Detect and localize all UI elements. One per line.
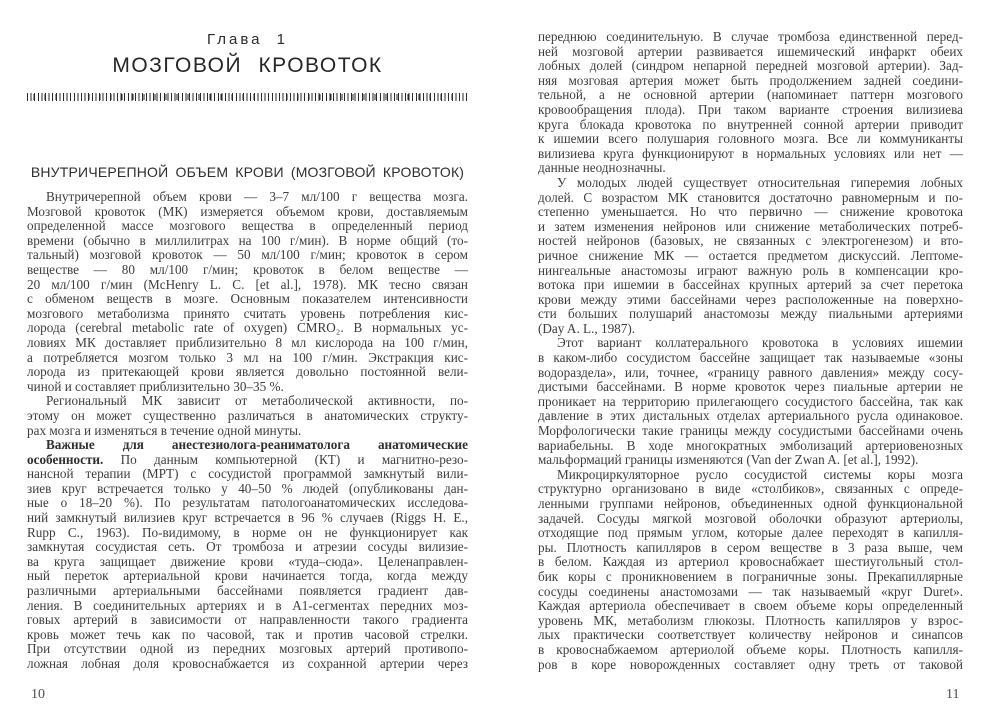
chapter-label: Глава 1	[27, 30, 468, 49]
chapter-rule	[27, 93, 468, 101]
section-heading: ВНУТРИЧЕРЕПНОЙ ОБЪЕМ КРОВИ (МОЗГОВОЙ КРО…	[27, 163, 468, 181]
text-line: рах мозга и изменяться в течение одной м…	[27, 424, 468, 439]
paragraph: Микроциркуляторное русло сосудистой сист…	[538, 468, 963, 672]
text-line: долей. С возрастом МК становится достато…	[538, 191, 963, 206]
paragraph: Внутричерепной объем крови — 3–7 мл/100 …	[27, 190, 468, 394]
text-line: определенной массе мозгового вещества в …	[27, 219, 468, 234]
text-line: Каждая артериола обеспечивает в своем об…	[538, 599, 963, 614]
text-line: ловиях МК доставляет приблизительно 8 мл…	[27, 336, 468, 351]
text-line: особенности. По данным компьютерной (КТ)…	[27, 453, 468, 468]
text-line: сти больших полушарий анастомозы между п…	[538, 307, 963, 322]
text-line: бик коры с проникновением в пограничные …	[538, 570, 963, 585]
text-line: замкнутая сосудистая сеть. От тромбоза и…	[27, 540, 468, 555]
page-number-left: 10	[31, 687, 45, 703]
paragraph: Этот вариант коллатерального кровотока в…	[538, 336, 963, 467]
text-line: чиной и составляет приблизительно 30–35 …	[27, 380, 468, 395]
text-line: ров в коре новорожденных составляет одну…	[538, 658, 963, 673]
chapter-title: МОЗГОВОЙ КРОВОТОК	[27, 53, 468, 79]
text-line: проникает на территорию прилегающего сос…	[538, 395, 963, 410]
text-line: данные неоднозначны.	[538, 161, 963, 176]
text-line: с обменом веществ в мозге. Основным пока…	[27, 292, 468, 307]
text-line: ный переток артериальной крови начинаетс…	[27, 569, 468, 584]
text-line: круга блокада кровотока по внутренней со…	[538, 118, 963, 133]
text-line: Rupp C., 1963). По-видимому, в норме он …	[27, 526, 468, 541]
text-line: говых артерий в зависимости от направлен…	[27, 613, 468, 628]
text-line: отходящие под прямым углом, которые дале…	[538, 526, 963, 541]
text-line: Внутричерепной объем крови — 3–7 мл/100 …	[27, 190, 468, 205]
text-line: мальформаций границы изменяются (Van der…	[538, 453, 963, 468]
text-line: в белом. Каждая из артериол кровоснабжае…	[538, 555, 963, 570]
text-line: ленными группами нейронов, объединенных …	[538, 497, 963, 512]
text-line: Мозговой кровоток (МК) измеряется объемо…	[27, 205, 468, 220]
text-line: зиев круг встречается только у 40–50 % л…	[27, 482, 468, 497]
paragraph: Важные для анестезиолога-реаниматолога а…	[27, 438, 468, 672]
text-line: кровообращения плода). При таком вариант…	[538, 103, 963, 118]
text-line: ления. В соединительных артериях и в А1-…	[27, 599, 468, 614]
text-line: лобных долей (синдром непарной передней …	[538, 59, 963, 74]
text-line: времени (обычно в миллилитрах на 100 г/м…	[27, 234, 468, 249]
paragraph: У молодых людей существует относительная…	[538, 176, 963, 337]
text-line: крови между этими бассейнами через распо…	[538, 293, 963, 308]
text-line: в каком-либо сосудистом бассейне защищае…	[538, 351, 963, 366]
text-line: нансной терапии (МРТ) с сосудистой прогр…	[27, 467, 468, 482]
text-line: а потребляется мозгом только 3 мл на 100…	[27, 351, 468, 366]
text-line: этому он может существенно различаться в…	[27, 409, 468, 424]
text-line: Региональный МК зависит от метаболическо…	[27, 394, 468, 409]
text-line: веществе — 80 мл/100 г/мин; кровоток в б…	[27, 263, 468, 278]
page-number-right: 11	[946, 687, 959, 703]
paragraph: Региональный МК зависит от метаболическо…	[27, 394, 468, 438]
text-line: няя мозговая артерия может быть продолже…	[538, 74, 963, 89]
text-line: уровень МК, метаболизм глюкозы. Плотност…	[538, 614, 963, 629]
text-line: 20 мл/100 г/мин (McHenry L. C. [et al.],…	[27, 278, 468, 293]
paragraph: переднюю соединительную. В случае тромбо…	[538, 30, 963, 176]
text-line: Микроциркуляторное русло сосудистой сист…	[538, 468, 963, 483]
text-line: Этот вариант коллатерального кровотока в…	[538, 336, 963, 351]
text-line: Важные для анестезиолога-реаниматолога а…	[27, 438, 468, 453]
text-line: давление в этих дистальных отделах артер…	[538, 409, 963, 424]
text-line: нингеальные анастомозы играют важную рол…	[538, 264, 963, 279]
text-line: ложная лобная доля кровоснабжается из со…	[27, 657, 468, 672]
text-line: ностей нейронов (базовых, не связанных с…	[538, 234, 963, 249]
text-line: и затем изменения нейронов или снижение …	[538, 220, 963, 235]
right-body-text: переднюю соединительную. В случае тромбо…	[538, 30, 963, 672]
left-body-text: Внутричерепной объем крови — 3–7 мл/100 …	[27, 190, 468, 672]
text-line: структурно организовано в виде «столбико…	[538, 482, 963, 497]
text-line: к ишемии всего полушария головного мозга…	[538, 132, 963, 147]
book-spread: Глава 1 МОЗГОВОЙ КРОВОТОК ВНУТРИЧЕРЕПНОЙ…	[0, 0, 1000, 725]
text-line: вотока при ишемии в бассейнах крупных ар…	[538, 278, 963, 293]
text-line: ва круга защищает движение крови «туда–с…	[27, 555, 468, 570]
text-line: переднюю соединительную. В случае тромбо…	[538, 30, 963, 45]
text-line: При отсутствии одной из передних мозговы…	[27, 642, 468, 657]
text-line: лых практически соответствует количеству…	[538, 628, 963, 643]
text-line: ные о 18–20 %). По результатам патологоа…	[27, 496, 468, 511]
text-line: Морфологически такие границы между сосуд…	[538, 424, 963, 439]
text-line: ры. Плотность капилляров в сером веществ…	[538, 541, 963, 556]
text-line: тальный) мозговой кровоток — 50 мл/100 г…	[27, 248, 468, 263]
text-line: тельной, а не основной артерии (напомина…	[538, 88, 963, 103]
text-line: кровь может течь как по часовой, так и п…	[27, 628, 468, 643]
text-line: вилизиева круга функционируют в нормальн…	[538, 147, 963, 162]
text-line: У молодых людей существует относительная…	[538, 176, 963, 191]
page-left: Глава 1 МОЗГОВОЙ КРОВОТОК ВНУТРИЧЕРЕПНОЙ…	[27, 30, 468, 672]
text-line: в кровоснабжаемом артериолой объеме коры…	[538, 643, 963, 658]
text-line: ней мозговой артерии развивается ишемиче…	[538, 45, 963, 60]
text-line: ний замкнутый вилизиев круг встречается …	[27, 511, 468, 526]
text-line: вариабельны. В ходе многократных эмболиз…	[538, 439, 963, 454]
text-line: (Day A. L., 1987).	[538, 322, 963, 337]
text-line: водораздела», или, точнее, «границу равн…	[538, 366, 963, 381]
text-line: дистыми бассейнами. В норме кровоток чер…	[538, 380, 963, 395]
text-line: лорода из притекающей крови является дов…	[27, 365, 468, 380]
text-line: сосуды соединены анастомозами — так назы…	[538, 585, 963, 600]
text-line: различными артериальными бассейнами появ…	[27, 584, 468, 599]
page-right: переднюю соединительную. В случае тромбо…	[538, 30, 963, 672]
text-line: степенно уменьшается. Но что первично — …	[538, 205, 963, 220]
text-line: задачей. Сосуды мягкой мозговой оболочки…	[538, 512, 963, 527]
text-line: ричное снижение МК — остается предметом …	[538, 249, 963, 264]
text-line: лорода (cerebral metabolic rate of oxyge…	[27, 321, 468, 336]
text-line: мозгового метаболизма принято считать ур…	[27, 307, 468, 322]
